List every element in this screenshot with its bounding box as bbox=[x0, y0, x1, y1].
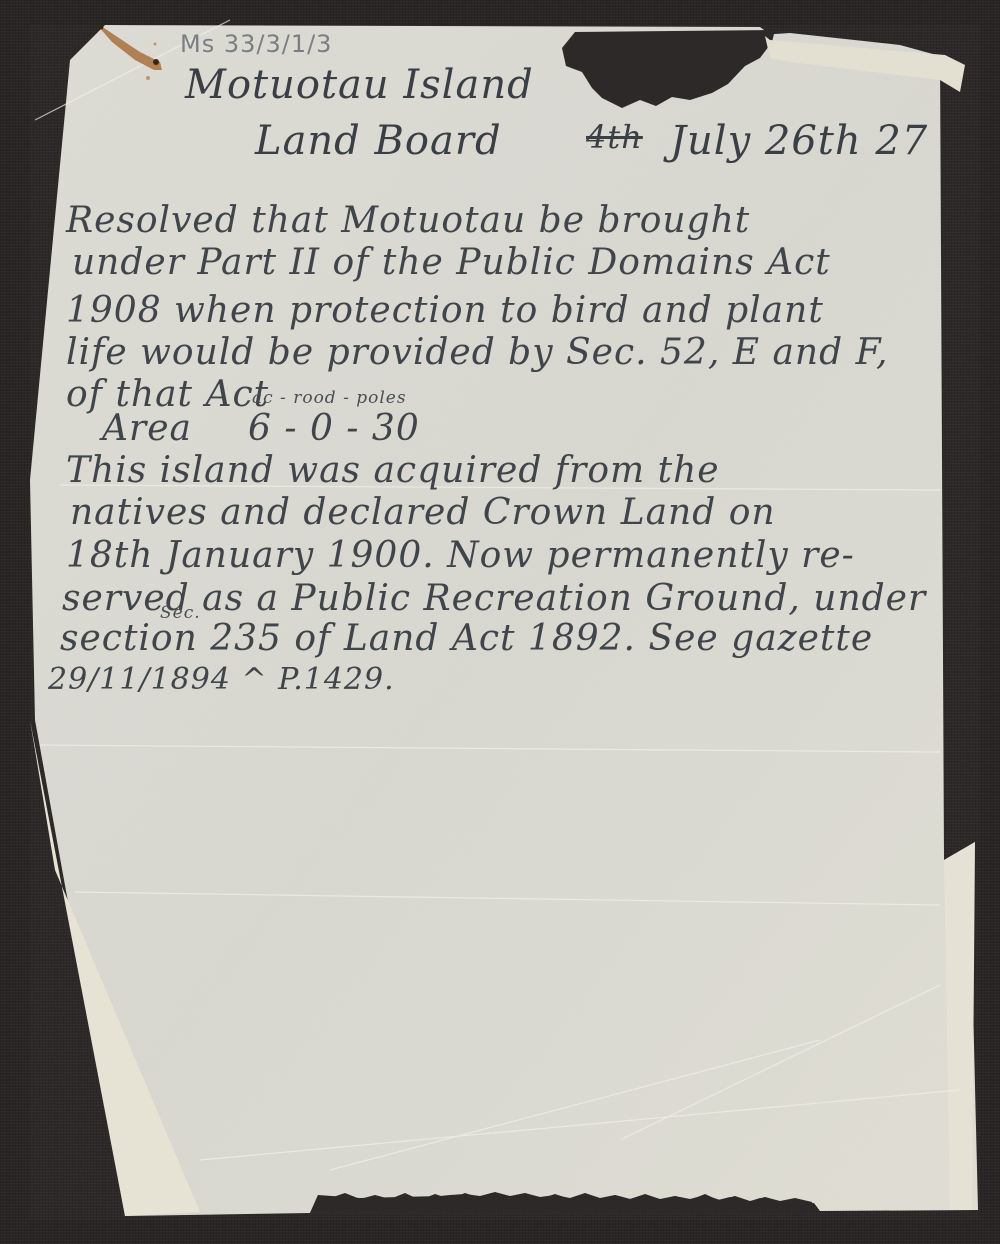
history-line-6: 29/11/1894 ^ P.1429. bbox=[48, 662, 395, 697]
body-line-2: under Part II of the Public Domains Act bbox=[72, 242, 831, 283]
body-line-1: Resolved that Motuotau be brought bbox=[66, 200, 750, 241]
catalogue-reference: Ms 33/3/1/3 bbox=[180, 30, 332, 58]
history-line-1: This island was acquired from the bbox=[66, 450, 720, 491]
heading-land-board: Land Board bbox=[255, 118, 502, 164]
history-line-3: 18th January 1900. Now permanently re- bbox=[66, 535, 855, 576]
history-line-2: natives and declared Crown Land on bbox=[70, 492, 776, 533]
body-line-4: life would be provided by Sec. 52, E and… bbox=[66, 332, 888, 373]
body-line-3: 1908 when protection to bird and plant bbox=[66, 290, 824, 331]
heading-struck-word: 4th bbox=[586, 118, 643, 156]
history-line-5: section 235 of Land Act 1892. See gazett… bbox=[60, 618, 873, 659]
area-units-note: ac - rood - poles bbox=[252, 388, 407, 408]
heading-date: July 26th 27 bbox=[670, 118, 928, 164]
area-label: Area bbox=[102, 408, 192, 449]
scanned-document-image: Ms 33/3/1/3 Motuotau Island Land Board 4… bbox=[0, 0, 1000, 1244]
handwriting-layer: Ms 33/3/1/3 Motuotau Island Land Board 4… bbox=[0, 0, 1000, 1244]
area-value: 6 - 0 - 30 bbox=[248, 408, 420, 449]
heading-island-name: Motuotau Island bbox=[185, 62, 534, 108]
